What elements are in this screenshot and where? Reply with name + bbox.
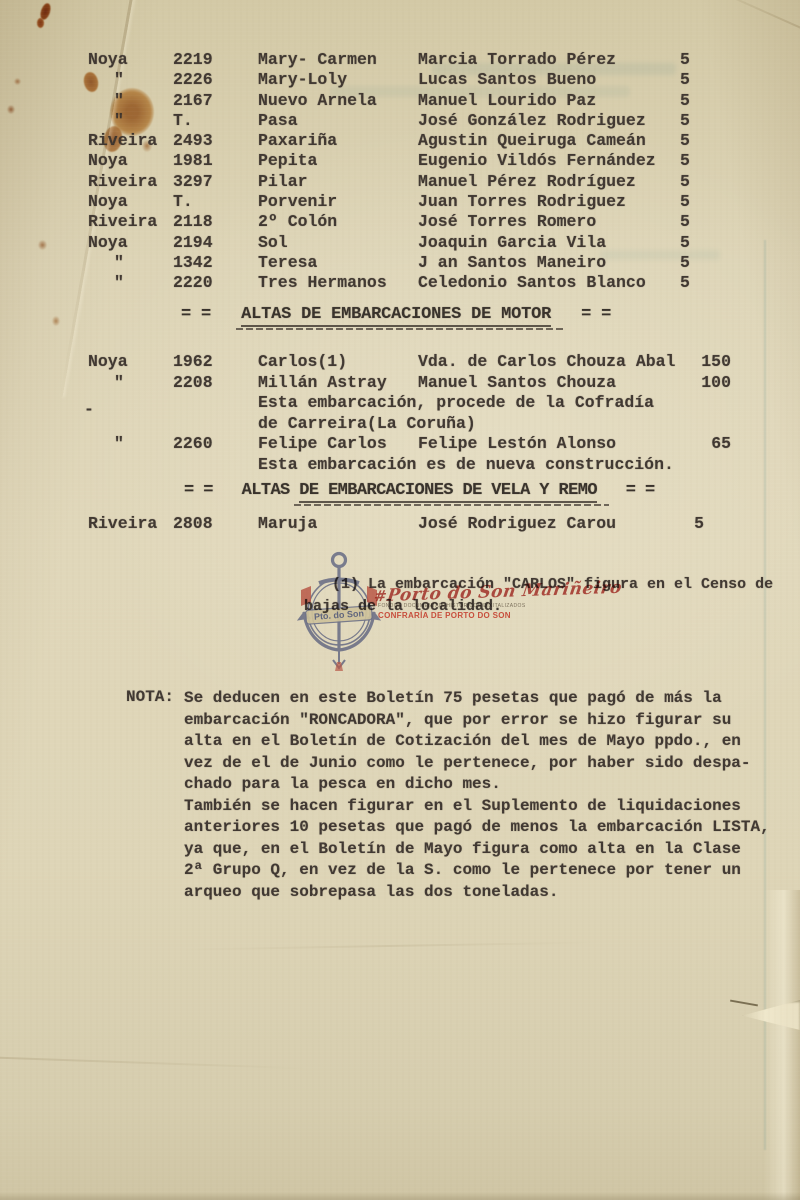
boat-name-cell: Pasa <box>258 111 418 131</box>
number-cell: 2220 <box>173 273 258 293</box>
nota-line: 2ª Grupo Q, en vez de la S. como le pert… <box>184 860 770 882</box>
stamp-org-text: CONFRARÍA DE PORTO DO SON <box>378 611 511 620</box>
value-cell: 5 <box>680 212 688 232</box>
paper-crease <box>699 0 800 32</box>
value-cell: 100 <box>680 373 731 394</box>
table-row: " 2220 Tres Hermanos Celedonio Santos Bl… <box>88 273 688 293</box>
value-cell: 5 <box>680 50 688 70</box>
boat-name-cell: Carlos(1) <box>258 352 418 373</box>
port-cell: Riveira <box>88 212 173 232</box>
owner-cell: Celedonio Santos Blanco <box>418 273 680 293</box>
heading-underlined-text: ALTAS DE EMBARCACIONES DE MOTOR <box>241 305 551 327</box>
value-cell: 5 <box>680 151 688 171</box>
anchor-icon: Pto. do Son <box>297 550 381 672</box>
table-row: Riveira 2808 Maruja José Rodriguez Carou… <box>88 514 704 534</box>
number-cell: 2167 <box>173 91 258 111</box>
boat-name-cell: Teresa <box>258 253 418 273</box>
boat-name-cell: Paxariña <box>258 131 418 151</box>
note-line: Esta embarcación es de nueva construcció… <box>258 455 731 476</box>
owner-cell: Agustin Queiruga Cameán <box>418 131 680 151</box>
owner-cell: Eugenio Vildós Fernández <box>418 151 680 171</box>
paper-crease <box>0 1056 310 1069</box>
note-line: Esta embarcación, procede de la Cofradía <box>258 393 731 414</box>
number-cell: 2808 <box>173 514 258 534</box>
nota-line: ya que, en el Boletín de Mayo figura com… <box>184 839 770 861</box>
page-edge-shadow <box>0 1192 800 1200</box>
number-cell: T. <box>173 111 258 131</box>
heading-equals-right: = = <box>581 305 611 324</box>
vela-list: Riveira 2808 Maruja José Rodriguez Carou… <box>88 514 704 534</box>
nota-label: NOTA: <box>126 688 174 706</box>
boat-name-cell: Nuevo Arnela <box>258 91 418 111</box>
boat-name-cell: Mary-Loly <box>258 70 418 90</box>
boat-name-cell: Tres Hermanos <box>258 273 418 293</box>
table-row: Noya 2219 Mary- Carmen Marcia Torrado Pé… <box>88 50 688 70</box>
nota-line: embarcación "RONCADORA", que por error s… <box>184 710 770 732</box>
value-cell: 5 <box>680 70 688 90</box>
table-row: Riveira 3297 Pilar Manuel Pérez Rodrígue… <box>88 172 688 192</box>
owner-cell: Manuel Santos Chouza <box>418 373 680 394</box>
owner-cell: José Torres Romero <box>418 212 680 232</box>
table-row: " 1342 Teresa J an Santos Maneiro 5 <box>88 253 688 273</box>
port-cell: Noya <box>88 352 173 373</box>
row-notes: Esta embarcación es de nueva construcció… <box>88 455 731 476</box>
number-cell: 2208 <box>173 373 258 394</box>
port-cell: " <box>88 253 173 273</box>
owner-cell: Felipe Lestón Alonso <box>418 434 680 455</box>
value-cell: 5 <box>680 172 688 192</box>
nota-line: anteriores 10 pesetas que pagó de menos … <box>184 817 770 839</box>
nota-line: vez de el de Junio como le pertenece, po… <box>184 753 770 775</box>
number-cell: 1962 <box>173 352 258 373</box>
value-cell: 5 <box>680 91 688 111</box>
owner-cell: Joaquin Garcia Vila <box>418 233 680 253</box>
table-row: " 2167 Nuevo Arnela Manuel Lourido Paz 5 <box>88 91 688 111</box>
port-cell: " <box>88 273 173 293</box>
heading-underlined-text: DE EMBARCACIONES DE VELA Y REMO <box>299 481 597 503</box>
registry-list: Noya 2219 Mary- Carmen Marcia Torrado Pé… <box>88 50 688 294</box>
heading-plain-text: ALTAS <box>242 481 300 500</box>
value-cell: 150 <box>680 352 731 373</box>
owner-cell: José González Rodriguez <box>418 111 680 131</box>
port-cell: Riveira <box>88 131 173 151</box>
owner-cell: Juan Torres Rodriguez <box>418 192 680 212</box>
nota-line: arqueo que sobrepasa las dos toneladas. <box>184 882 770 904</box>
owner-cell: Manuel Lourido Paz <box>418 91 680 111</box>
owner-cell: J an Santos Maneiro <box>418 253 680 273</box>
port-cell: Noya <box>88 192 173 212</box>
nota-line: Se deducen en este Boletín 75 pesetas qu… <box>184 688 770 710</box>
rust-stain <box>14 78 21 85</box>
heading-equals-right: = = <box>626 481 655 500</box>
torn-edge <box>764 890 800 1200</box>
ink-stain <box>37 18 44 28</box>
number-cell: 2493 <box>173 131 258 151</box>
port-cell: Noya <box>88 151 173 171</box>
row-notes: Esta embarcación, procede de la Cofradía… <box>88 393 731 434</box>
value-cell: 5 <box>680 131 688 151</box>
table-row: " T. Pasa José González Rodriguez 5 <box>88 111 688 131</box>
document-page: Noya 2219 Mary- Carmen Marcia Torrado Pé… <box>0 0 800 1200</box>
motor-list: Noya 1962 Carlos(1) Vda. de Carlos Chouz… <box>88 352 731 476</box>
table-row: Riveira 2493 Paxariña Agustin Queiruga C… <box>88 131 688 151</box>
paper-crease <box>180 941 600 950</box>
value-cell: 5 <box>680 233 688 253</box>
number-cell: T. <box>173 192 258 212</box>
boat-name-cell: 2º Colón <box>258 212 418 232</box>
table-row: Riveira 2118 2º Colón José Torres Romero… <box>88 212 688 232</box>
nota-line: También se hacen figurar en el Suplement… <box>184 796 770 818</box>
note-line: de Carreira(La Coruña) <box>258 414 731 435</box>
boat-name-cell: Sol <box>258 233 418 253</box>
port-cell: Noya <box>88 233 173 253</box>
port-cell: Riveira <box>88 172 173 192</box>
boat-name-cell: Pepita <box>258 151 418 171</box>
table-row: " 2260 Felipe Carlos Felipe Lestón Alons… <box>88 434 731 455</box>
table-row: Noya 1981 Pepita Eugenio Vildós Fernánde… <box>88 151 688 171</box>
number-cell: 2226 <box>173 70 258 90</box>
owner-cell: Vda. de Carlos Chouza Abal <box>418 352 680 373</box>
boat-name-cell: Mary- Carmen <box>258 50 418 70</box>
value-cell: 65 <box>680 434 731 455</box>
owner-cell: José Rodriguez Carou <box>418 514 680 534</box>
nota-line: alta en el Boletín de Cotización del mes… <box>184 731 770 753</box>
port-cell: Riveira <box>88 514 173 534</box>
section-heading-vela: = = ALTAS DE EMBARCACIONES DE VELA Y REM… <box>184 481 655 500</box>
port-cell: " <box>88 111 173 131</box>
port-cell: Noya <box>88 50 173 70</box>
value-cell: 5 <box>680 253 688 273</box>
number-cell: 2260 <box>173 434 258 455</box>
port-cell: " <box>88 91 173 111</box>
number-cell: 3297 <box>173 172 258 192</box>
number-cell: 2194 <box>173 233 258 253</box>
rust-stain <box>38 240 47 250</box>
number-cell: 2118 <box>173 212 258 232</box>
table-row: " 2208 Millán Astray Manuel Santos Chouz… <box>88 373 731 394</box>
number-cell: 1981 <box>173 151 258 171</box>
value-cell: 5 <box>680 111 688 131</box>
port-cell: " <box>88 70 173 90</box>
torn-edge-slit <box>730 1000 758 1007</box>
boat-name-cell: Porvenir <box>258 192 418 212</box>
value-cell: 5 <box>680 273 688 293</box>
port-cell: " <box>88 434 173 455</box>
owner-cell: Marcia Torrado Pérez <box>418 50 680 70</box>
value-cell: 5 <box>680 514 704 534</box>
owner-cell: Lucas Santos Bueno <box>418 70 680 90</box>
boat-name-cell: Pilar <box>258 172 418 192</box>
rust-stain <box>52 316 60 326</box>
nota-line: chado para la pesca en dicho mes. <box>184 774 770 796</box>
boat-name-cell: Felipe Carlos <box>258 434 418 455</box>
value-cell: 5 <box>680 192 688 212</box>
boat-name-cell: Maruja <box>258 514 418 534</box>
number-cell: 2219 <box>173 50 258 70</box>
boat-name-cell: Millán Astray <box>258 373 418 394</box>
number-cell: 1342 <box>173 253 258 273</box>
rust-stain <box>7 105 15 114</box>
table-row: " 2226 Mary-Loly Lucas Santos Bueno 5 <box>88 70 688 90</box>
owner-cell: Manuel Pérez Rodríguez <box>418 172 680 192</box>
table-row: Noya 2194 Sol Joaquin Garcia Vila 5 <box>88 233 688 253</box>
table-row: Noya 1962 Carlos(1) Vda. de Carlos Chouz… <box>88 352 731 373</box>
heading-equals-left: = = <box>184 481 213 500</box>
stamp-fondos-text: FONDOS DOCUMENTAIS HISTÓRICOS DIXITALIZA… <box>378 603 526 609</box>
table-row: Noya T. Porvenir Juan Torres Rodriguez 5 <box>88 192 688 212</box>
port-cell: " <box>88 373 173 394</box>
section-heading-motor: = = ALTAS DE EMBARCACIONES DE MOTOR = = <box>181 305 611 324</box>
nota-text: Se deducen en este Boletín 75 pesetas qu… <box>184 688 770 903</box>
heading-equals-left: = = <box>181 305 211 324</box>
